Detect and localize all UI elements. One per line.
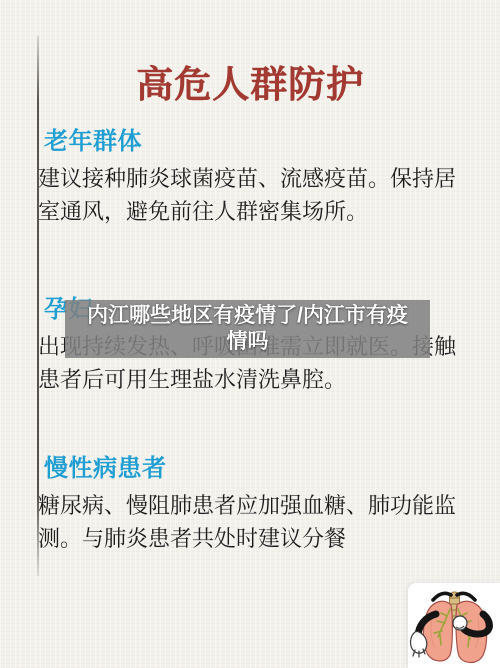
caption-line-1: 内江哪些地区有疫情了/内江市有疫 bbox=[87, 303, 408, 329]
page-title: 高危人群防护 bbox=[0, 54, 500, 108]
section-elderly-heading: 老年群体 bbox=[38, 121, 464, 156]
section-elderly: 老年群体 建议接种肺炎球菌疫苗、流感疫苗。保持居室通风，避免前往人群密集场所。 bbox=[38, 121, 464, 228]
section-elderly-body: 建议接种肺炎球菌疫苗、流感疫苗。保持居室通风，避免前往人群密集场所。 bbox=[38, 162, 464, 228]
lungs-mascot-illustration bbox=[408, 583, 500, 668]
illustration-card bbox=[408, 583, 500, 668]
section-chronic-body: 糖尿病、慢阻肺患者应加强血糖、肺功能监测。与肺炎患者共处时建议分餐 bbox=[38, 489, 464, 555]
article-caption-overlay: 内江哪些地区有疫情了/内江市有疫 情吗 bbox=[65, 300, 430, 358]
caption-line-2: 情吗 bbox=[227, 329, 269, 355]
section-chronic: 慢性病患者 糖尿病、慢阻肺患者应加强血糖、肺功能监测。与肺炎患者共处时建议分餐 bbox=[38, 448, 464, 555]
poster: 高危人群防护 老年群体 建议接种肺炎球菌疫苗、流感疫苗。保持居室通风，避免前往人… bbox=[0, 0, 500, 668]
section-chronic-heading: 慢性病患者 bbox=[38, 448, 464, 483]
